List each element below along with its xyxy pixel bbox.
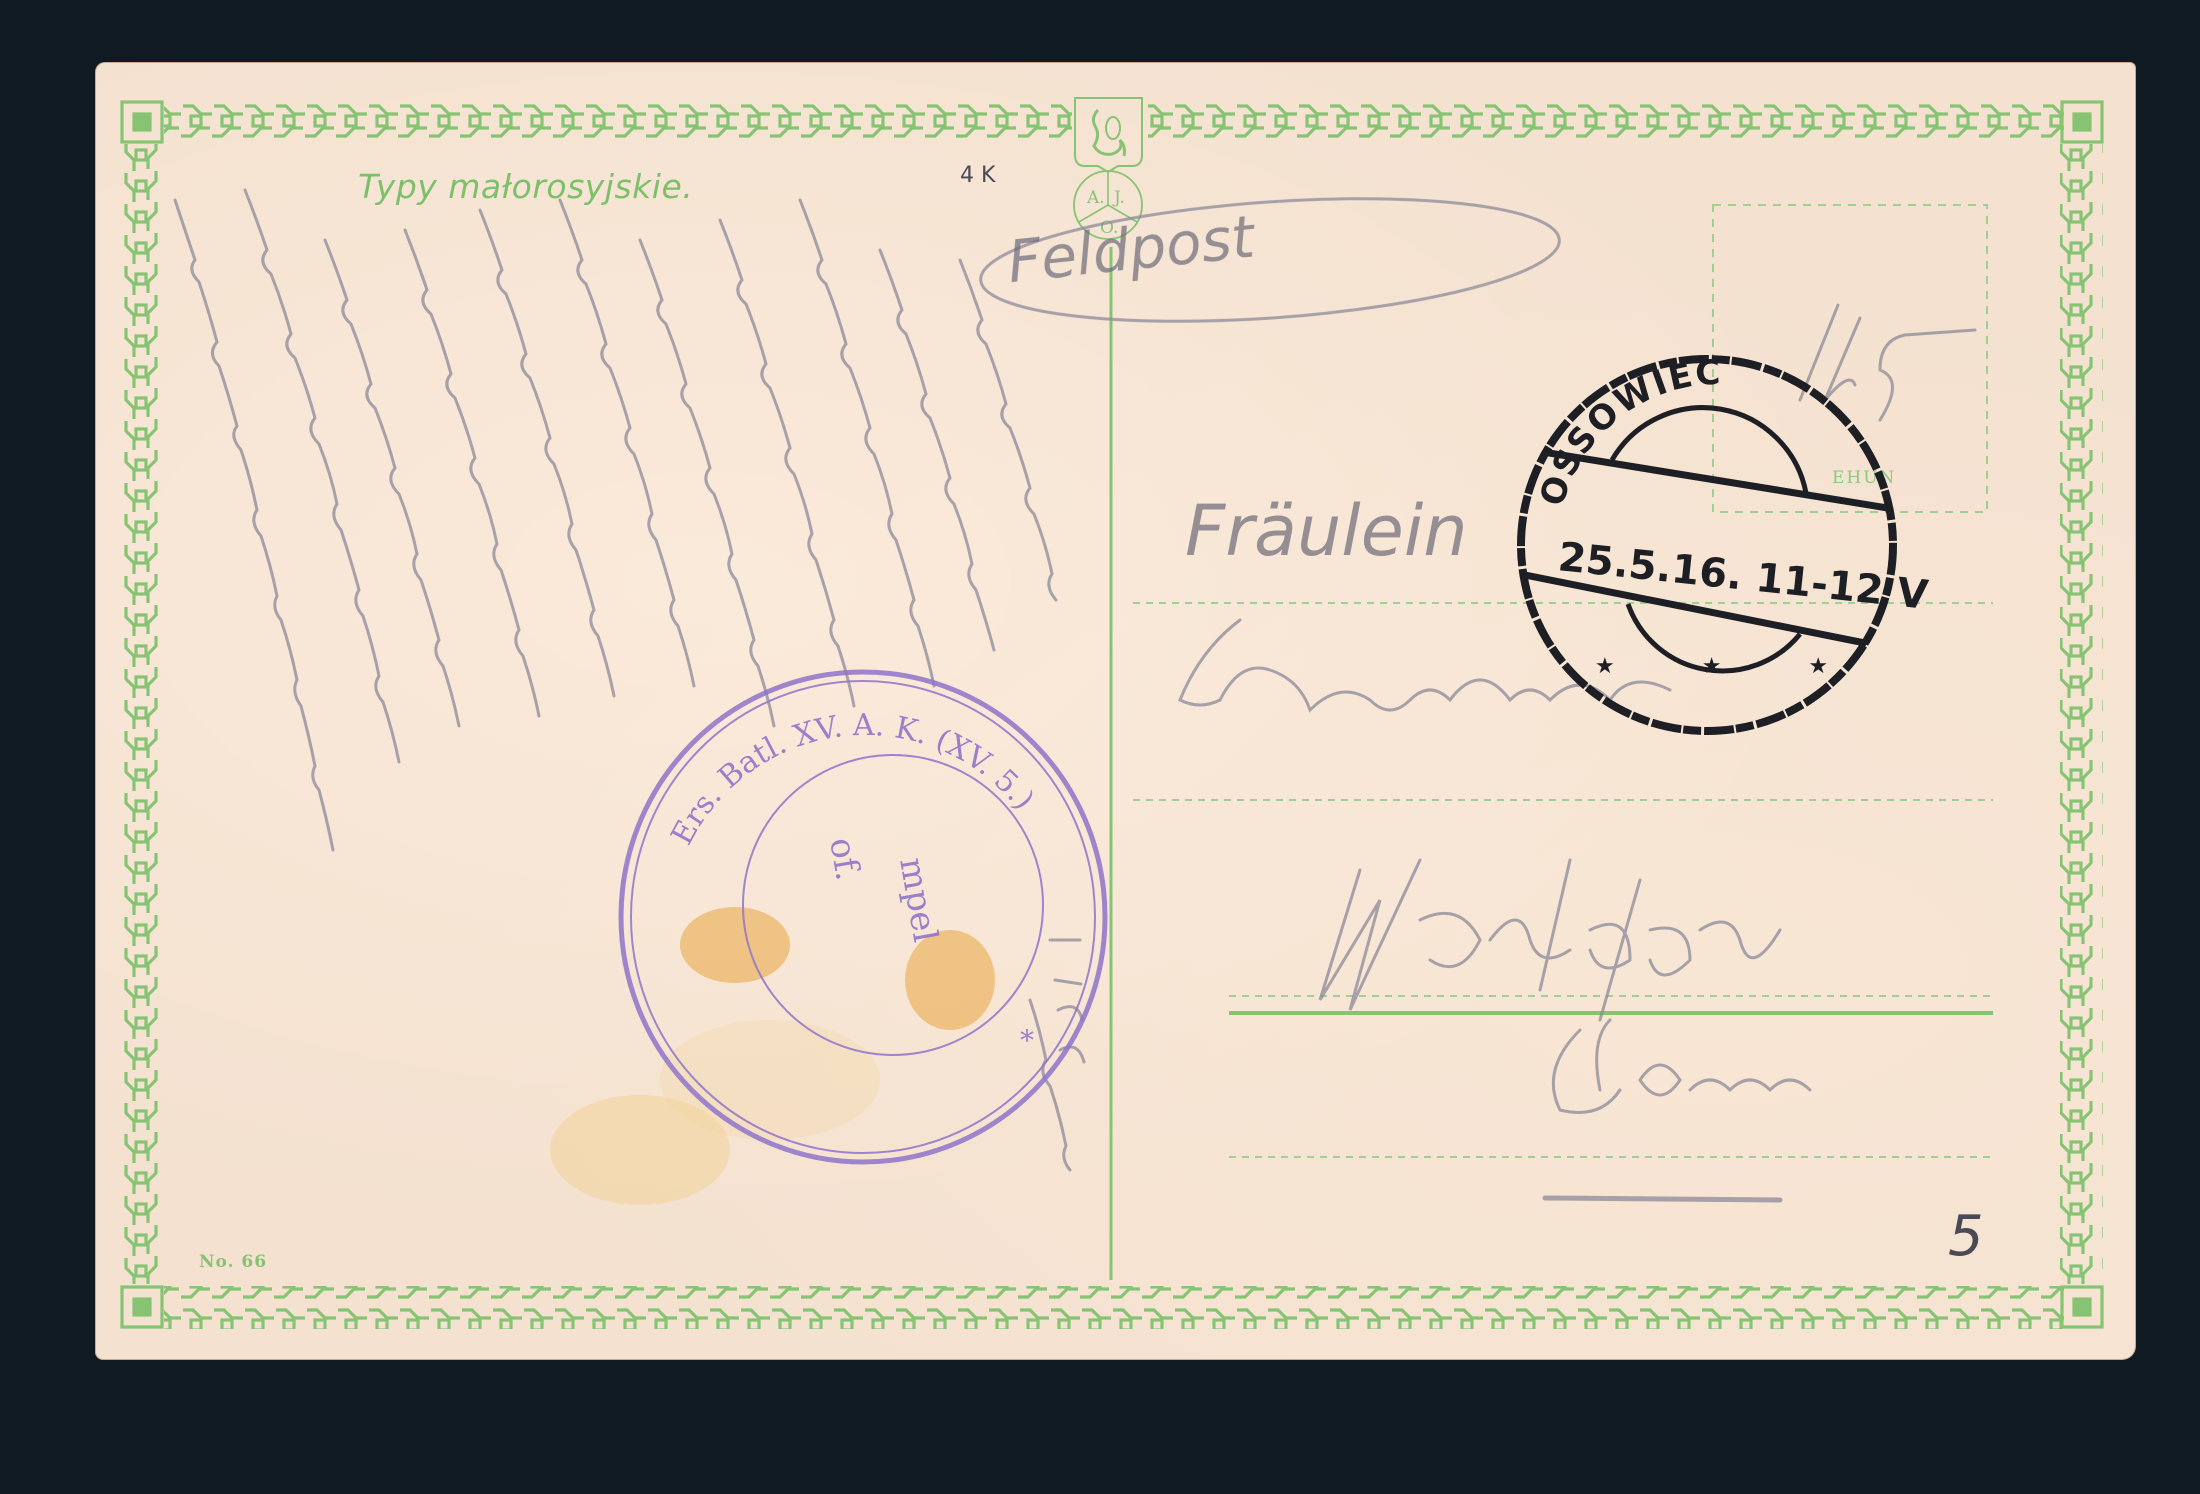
postmark-date: 25.5.16. 11-12 V (1556, 534, 1930, 619)
ossowiec-postmark: OSSOWIEC 25.5.16. 11-12 V ★ ★ ★ (0, 0, 2200, 1494)
postmark-stars: ★ ★ ★ (1595, 654, 1868, 679)
